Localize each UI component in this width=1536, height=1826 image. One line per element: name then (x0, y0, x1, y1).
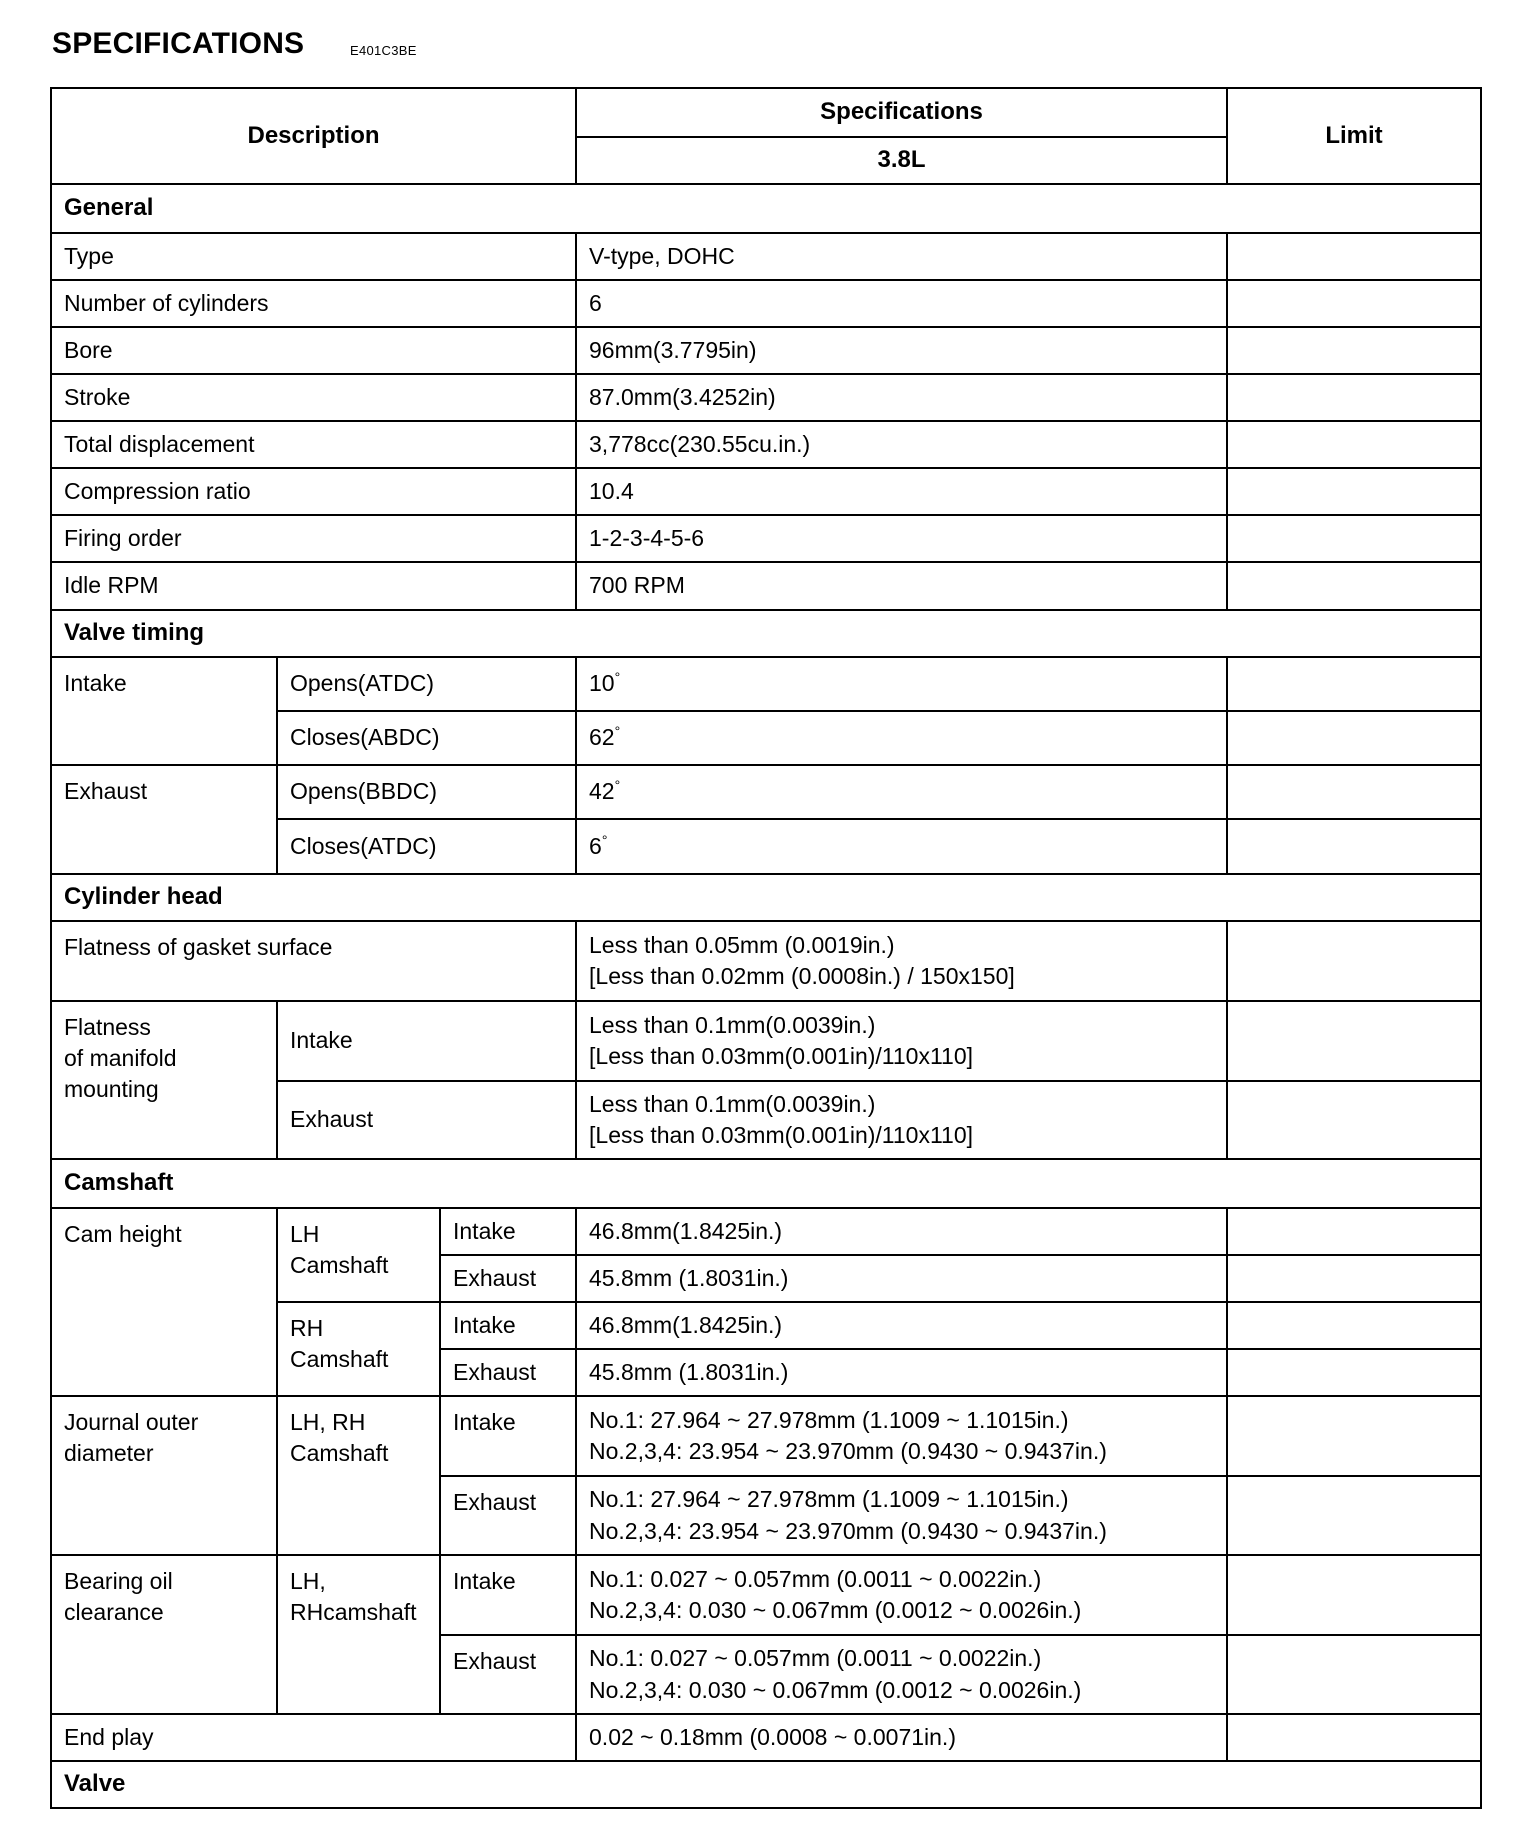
label-line: of manifold (64, 1043, 276, 1074)
label-line: Bearing oil (64, 1566, 276, 1597)
value-line: [Less than 0.02mm (0.0008in.) / 150x150] (589, 961, 1226, 992)
row-limit (1227, 819, 1481, 874)
row-sublabel: Intake (440, 1396, 576, 1476)
row-limit (1227, 1635, 1481, 1714)
row-sublabel: Intake (440, 1208, 576, 1255)
row-value: 3,778cc(230.55cu.in.) (576, 421, 1227, 468)
section-row-valve: Valve (51, 1761, 1481, 1808)
degree-symbol: ° (615, 669, 621, 685)
degree-symbol: ° (602, 832, 608, 848)
row-limit (1227, 1255, 1481, 1302)
table-row: Compression ratio 10.4 (51, 468, 1481, 515)
label-line: LH, (290, 1566, 439, 1597)
row-limit (1227, 327, 1481, 374)
table-row: Total displacement 3,778cc(230.55cu.in.) (51, 421, 1481, 468)
page-title: SPECIFICATIONS (52, 27, 304, 61)
section-camshaft: Camshaft (51, 1159, 1481, 1208)
row-sublabel: Opens(BBDC) (277, 765, 576, 819)
label-line: RHcamshaft (290, 1597, 439, 1628)
row-group-label: Exhaust (51, 765, 277, 874)
row-sublabel: Exhaust (440, 1476, 576, 1555)
row-value: No.1: 0.027 ~ 0.057mm (0.0011 ~ 0.0022in… (576, 1555, 1227, 1635)
section-general: General (51, 184, 1481, 233)
row-value: 45.8mm (1.8031in.) (576, 1349, 1227, 1396)
header-engine-3-8l: 3.8L (576, 137, 1227, 184)
row-value: Less than 0.05mm (0.0019in.) [Less than … (576, 921, 1227, 1001)
table-row: Cam height LH Camshaft Intake 46.8mm(1.8… (51, 1208, 1481, 1255)
section-row-valve-timing: Valve timing (51, 610, 1481, 657)
row-label: End play (51, 1714, 576, 1761)
row-group-label: Bearing oil clearance (51, 1555, 277, 1714)
value-line: No.2,3,4: 23.954 ~ 23.970mm (0.9430 ~ 0.… (589, 1436, 1226, 1467)
label-line: clearance (64, 1597, 276, 1628)
row-value: 62° (576, 711, 1227, 765)
row-value: 0.02 ~ 0.18mm (0.0008 ~ 0.0071in.) (576, 1714, 1227, 1761)
row-side-label: LH, RHcamshaft (277, 1555, 440, 1714)
table-row: Firing order 1-2-3-4-5-6 (51, 515, 1481, 562)
table-row: Flatness of manifold mounting Intake Les… (51, 1001, 1481, 1081)
row-limit (1227, 765, 1481, 819)
row-side-label: LH, RH Camshaft (277, 1396, 440, 1555)
label-line: mounting (64, 1074, 276, 1105)
row-group-label: Journal outer diameter (51, 1396, 277, 1555)
row-group-label: Intake (51, 657, 277, 765)
label-line: LH (290, 1219, 439, 1250)
row-group-label: Flatness of manifold mounting (51, 1001, 277, 1159)
document-code: E401C3BE (350, 43, 417, 58)
row-value: 6° (576, 819, 1227, 874)
degree-symbol: ° (615, 777, 621, 793)
table-row: Journal outer diameter LH, RH Camshaft I… (51, 1396, 1481, 1476)
section-valve-timing: Valve timing (51, 610, 1481, 657)
row-label: Firing order (51, 515, 576, 562)
row-limit (1227, 1714, 1481, 1761)
row-limit (1227, 515, 1481, 562)
table-row: Type V-type, DOHC (51, 233, 1481, 280)
row-sublabel: Opens(ATDC) (277, 657, 576, 711)
table-row: Flatness of gasket surface Less than 0.0… (51, 921, 1481, 1001)
row-sublabel: Intake (277, 1001, 576, 1081)
label-line: Flatness (64, 1012, 276, 1043)
row-label: Type (51, 233, 576, 280)
value-line: No.2,3,4: 23.954 ~ 23.970mm (0.9430 ~ 0.… (589, 1516, 1226, 1547)
row-limit (1227, 1555, 1481, 1635)
row-value: 46.8mm(1.8425in.) (576, 1302, 1227, 1349)
section-row-cylinder-head: Cylinder head (51, 874, 1481, 921)
value-line: [Less than 0.03mm(0.001in)/110x110] (589, 1120, 1226, 1151)
row-limit (1227, 1476, 1481, 1555)
row-value: 46.8mm(1.8425in.) (576, 1208, 1227, 1255)
header-limit: Limit (1227, 88, 1481, 184)
table-row: Intake Opens(ATDC) 10° (51, 657, 1481, 711)
row-sublabel: Closes(ABDC) (277, 711, 576, 765)
label-line: LH, RH (290, 1407, 439, 1438)
row-value: No.1: 27.964 ~ 27.978mm (1.1009 ~ 1.1015… (576, 1476, 1227, 1555)
specifications-table: Description Specifications Limit 3.8L Ge… (50, 87, 1482, 1809)
row-limit (1227, 233, 1481, 280)
label-line: Journal outer (64, 1407, 276, 1438)
row-limit (1227, 374, 1481, 421)
section-valve: Valve (51, 1761, 1481, 1808)
row-label: Compression ratio (51, 468, 576, 515)
row-sublabel: Exhaust (440, 1635, 576, 1714)
row-value: 700 RPM (576, 562, 1227, 610)
row-label: Number of cylinders (51, 280, 576, 327)
value-line: Less than 0.1mm(0.0039in.) (589, 1010, 1226, 1041)
row-limit (1227, 711, 1481, 765)
table-header-row: Description Specifications Limit (51, 88, 1481, 137)
table-row: Exhaust Opens(BBDC) 42° (51, 765, 1481, 819)
table-row: Idle RPM 700 RPM (51, 562, 1481, 610)
row-value: 96mm(3.7795in) (576, 327, 1227, 374)
label-line: Camshaft (290, 1250, 439, 1281)
row-group-label: Cam height (51, 1208, 277, 1396)
value-line: Less than 0.1mm(0.0039in.) (589, 1089, 1226, 1120)
row-limit (1227, 1001, 1481, 1081)
row-value: No.1: 27.964 ~ 27.978mm (1.1009 ~ 1.1015… (576, 1396, 1227, 1476)
row-value: 10.4 (576, 468, 1227, 515)
section-row-general: General (51, 184, 1481, 233)
header-specifications: Specifications (576, 88, 1227, 137)
value-line: Less than 0.05mm (0.0019in.) (589, 930, 1226, 961)
row-value: 87.0mm(3.4252in) (576, 374, 1227, 421)
row-limit (1227, 1349, 1481, 1396)
table-row: Stroke 87.0mm(3.4252in) (51, 374, 1481, 421)
table-row: Number of cylinders 6 (51, 280, 1481, 327)
degree-symbol: ° (615, 723, 621, 739)
row-limit (1227, 562, 1481, 610)
row-sublabel: Intake (440, 1302, 576, 1349)
value-line: No.2,3,4: 0.030 ~ 0.067mm (0.0012 ~ 0.00… (589, 1675, 1226, 1706)
label-line: Camshaft (290, 1344, 439, 1375)
row-label: Stroke (51, 374, 576, 421)
header-description: Description (51, 88, 576, 184)
row-label: Flatness of gasket surface (51, 921, 576, 1001)
value-line: No.2,3,4: 0.030 ~ 0.067mm (0.0012 ~ 0.00… (589, 1595, 1226, 1626)
row-side-label: RH Camshaft (277, 1302, 440, 1396)
row-limit (1227, 280, 1481, 327)
table-row: Bearing oil clearance LH, RHcamshaft Int… (51, 1555, 1481, 1635)
row-limit (1227, 657, 1481, 711)
row-sublabel: Closes(ATDC) (277, 819, 576, 874)
row-sublabel: Exhaust (277, 1081, 576, 1159)
row-label: Idle RPM (51, 562, 576, 610)
value-line: No.1: 27.964 ~ 27.978mm (1.1009 ~ 1.1015… (589, 1405, 1226, 1436)
value-line: [Less than 0.03mm(0.001in)/110x110] (589, 1041, 1226, 1072)
value-line: No.1: 0.027 ~ 0.057mm (0.0011 ~ 0.0022in… (589, 1643, 1226, 1674)
value-line: No.1: 27.964 ~ 27.978mm (1.1009 ~ 1.1015… (589, 1484, 1226, 1515)
row-label: Total displacement (51, 421, 576, 468)
row-value: V-type, DOHC (576, 233, 1227, 280)
row-value: 6 (576, 280, 1227, 327)
row-sublabel: Exhaust (440, 1349, 576, 1396)
label-line: Camshaft (290, 1438, 439, 1469)
row-limit (1227, 1081, 1481, 1159)
label-line: RH (290, 1313, 439, 1344)
row-label: Bore (51, 327, 576, 374)
row-value: 1-2-3-4-5-6 (576, 515, 1227, 562)
label-line: diameter (64, 1438, 276, 1469)
table-row: Bore 96mm(3.7795in) (51, 327, 1481, 374)
table-row: End play 0.02 ~ 0.18mm (0.0008 ~ 0.0071i… (51, 1714, 1481, 1761)
row-value: Less than 0.1mm(0.0039in.) [Less than 0.… (576, 1001, 1227, 1081)
row-side-label: LH Camshaft (277, 1208, 440, 1302)
row-limit (1227, 921, 1481, 1001)
row-limit (1227, 421, 1481, 468)
row-limit (1227, 468, 1481, 515)
row-value: 42° (576, 765, 1227, 819)
row-limit (1227, 1208, 1481, 1255)
row-value: No.1: 0.027 ~ 0.057mm (0.0011 ~ 0.0022in… (576, 1635, 1227, 1714)
value-line: No.1: 0.027 ~ 0.057mm (0.0011 ~ 0.0022in… (589, 1564, 1226, 1595)
row-sublabel: Exhaust (440, 1255, 576, 1302)
section-cylinder-head: Cylinder head (51, 874, 1481, 921)
row-value: 10° (576, 657, 1227, 711)
row-value: Less than 0.1mm(0.0039in.) [Less than 0.… (576, 1081, 1227, 1159)
row-value: 45.8mm (1.8031in.) (576, 1255, 1227, 1302)
row-sublabel: Intake (440, 1555, 576, 1635)
section-row-camshaft: Camshaft (51, 1159, 1481, 1208)
row-limit (1227, 1396, 1481, 1476)
row-limit (1227, 1302, 1481, 1349)
